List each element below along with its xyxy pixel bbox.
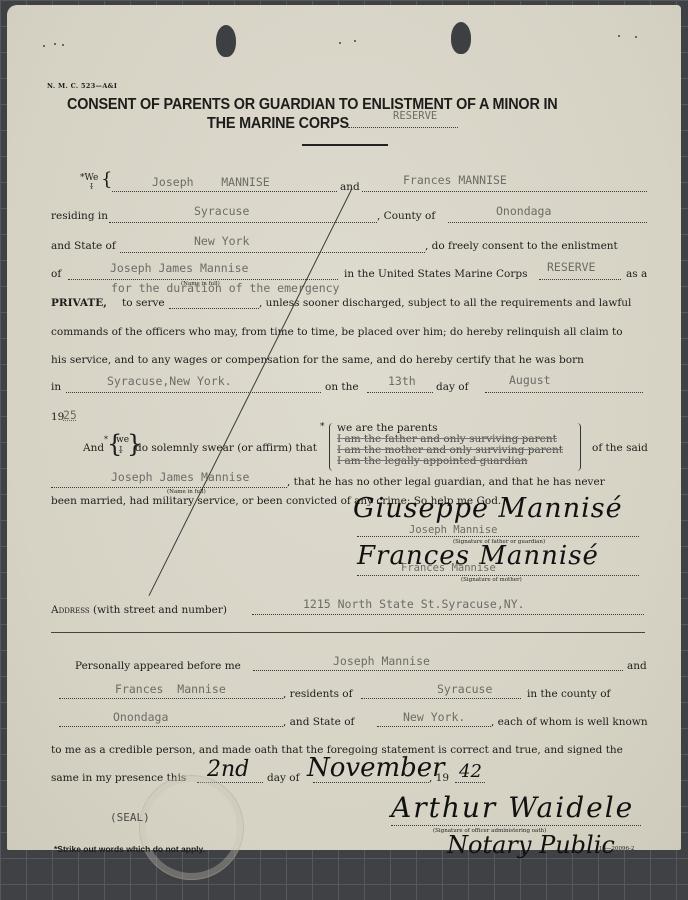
term-line — [169, 308, 259, 309]
oath-option-4: I am the legally appointed guardian — [337, 456, 528, 467]
person2-line — [59, 698, 283, 699]
notary-city-line — [361, 698, 521, 699]
birth-day-line — [367, 392, 433, 393]
address-label: Address (with street and number) — [51, 604, 227, 616]
mother-name-line — [362, 191, 647, 192]
address-label-prefix: Address — [51, 604, 90, 616]
brace: { — [101, 171, 112, 189]
enlistment-consent-form: N. M. C. 523—A&I CONSENT OF PARENTS OR G… — [7, 5, 681, 850]
father-signature: Giuseppe Mannisé — [353, 493, 623, 524]
rank: PRIVATE, — [51, 297, 107, 309]
officer-signature-line — [391, 825, 641, 826]
form-number: N. M. C. 523—A&I — [47, 82, 117, 90]
seal-label: (SEAL) — [110, 811, 150, 824]
staple-mark — [339, 42, 341, 44]
and-label: And — [83, 442, 104, 454]
address-line — [252, 614, 644, 615]
birthplace: Syracuse,New York. — [107, 374, 232, 388]
notary-year-line — [455, 782, 485, 783]
birth-day: 13th — [388, 374, 416, 388]
notary-month: November — [307, 753, 445, 783]
appeared-label: Personally appeared before me — [75, 660, 241, 672]
form-title-line1: CONSENT OF PARENTS OR GUARDIAN TO ENLIST… — [67, 96, 558, 114]
oath-minor-name-line — [51, 487, 287, 488]
of-the-said: of the said — [592, 442, 648, 454]
notary-year: 42 — [459, 761, 482, 782]
county-label: , County of — [377, 210, 435, 222]
statement-1: , that he has no other legal guardian, a… — [287, 476, 605, 488]
component-line — [539, 279, 621, 280]
officer-signature: Arthur Waidele — [391, 791, 634, 824]
notary-county: Onondaga — [113, 710, 168, 724]
mother-name: Frances MANNISE — [403, 173, 507, 187]
known-label: , each of whom is well known — [491, 716, 648, 728]
residents-label: , residents of — [283, 688, 353, 700]
day-of-label: day of — [436, 381, 468, 393]
of-label: of — [51, 268, 61, 280]
staple-mark — [354, 40, 356, 42]
punch-hole-right — [451, 22, 471, 54]
residence-city: Syracuse — [194, 204, 249, 218]
i-option-struck: I — [119, 446, 123, 456]
birth-month: August — [509, 373, 551, 387]
notary-state: New York. — [403, 710, 465, 724]
as-a-label: as a — [626, 268, 647, 280]
title-component-line — [348, 127, 458, 128]
corps-text: in the United States Marine Corps — [344, 268, 527, 280]
serve-label: to serve — [122, 297, 165, 309]
officer-title: Notary Public — [447, 831, 615, 859]
punch-hole-left — [216, 25, 236, 57]
section-divider — [51, 632, 645, 633]
and-label: and — [627, 660, 647, 672]
father-signature-line — [357, 536, 639, 537]
address-label-suffix: (with street and number) — [93, 604, 227, 616]
print-code: 16—20096-2 — [599, 846, 634, 852]
father-name: Joseph MANNISE — [152, 175, 270, 189]
day-of-label: day of — [267, 772, 299, 784]
form-title-line2: THE MARINE CORPS — [207, 115, 349, 133]
residence-county: Onondaga — [496, 204, 551, 218]
notary-day: 2nd — [207, 757, 249, 782]
terms-text-2: commands of the officers who may, from t… — [51, 326, 623, 338]
on-the-label: on the — [325, 381, 359, 393]
father-typed-name: Joseph Mannise — [409, 524, 498, 536]
state-label: and State of — [51, 240, 116, 252]
enlistment-component: RESERVE — [547, 260, 595, 274]
notary-city: Syracuse — [437, 682, 492, 696]
birth-year: 25 — [63, 408, 77, 422]
oath-minor-name: Joseph James Mannise — [111, 470, 249, 484]
appeared-person-2: Frances Mannise — [115, 682, 226, 696]
person1-line — [253, 670, 623, 671]
title-underline — [302, 144, 388, 146]
residing-label: residing in — [51, 210, 108, 222]
notary-state-line — [377, 726, 491, 727]
staple-mark — [635, 36, 637, 38]
mother-signature-line — [357, 575, 639, 576]
year-prefix: , 19 — [429, 772, 449, 784]
father-name-line — [112, 191, 337, 192]
appeared-person-1: Joseph Mannise — [333, 654, 430, 668]
residence-state: New York — [194, 234, 249, 248]
i-prefix-struck: I — [90, 182, 93, 191]
staple-mark — [618, 35, 620, 37]
staple-mark — [62, 44, 64, 46]
terms-text-3: his service, and to any wages or compens… — [51, 354, 584, 366]
birth-in-label: in — [51, 381, 61, 393]
birthplace-line — [66, 392, 321, 393]
staple-mark — [43, 45, 45, 47]
footnote: *Strike out words which do not apply. — [54, 844, 205, 854]
county-line — [448, 222, 647, 223]
mother-typed-name: Frances Mannise — [401, 562, 496, 574]
asterisk: * — [320, 422, 325, 432]
state-line — [120, 252, 425, 253]
notary-embossed-seal — [139, 775, 244, 880]
address-value: 1215 North State St.Syracuse,NY. — [303, 597, 525, 611]
notary-county-line — [59, 726, 283, 727]
minor-name: Joseph James Mannise — [110, 261, 248, 275]
mother-signature-caption: (Signature of mother) — [461, 577, 522, 583]
city-line — [109, 222, 377, 223]
swear-text: do solemnly swear (or affirm) that — [135, 442, 317, 454]
title-component: RESERVE — [393, 110, 437, 122]
staple-mark — [54, 43, 56, 45]
terms-text-1: , unless sooner discharged, subject to a… — [259, 297, 631, 309]
county-label: in the county of — [527, 688, 610, 700]
consent-text: , do freely consent to the enlistment — [425, 240, 618, 252]
birth-month-line — [485, 392, 643, 393]
state-label: , and State of — [283, 716, 354, 728]
minor-name-line — [68, 279, 338, 280]
